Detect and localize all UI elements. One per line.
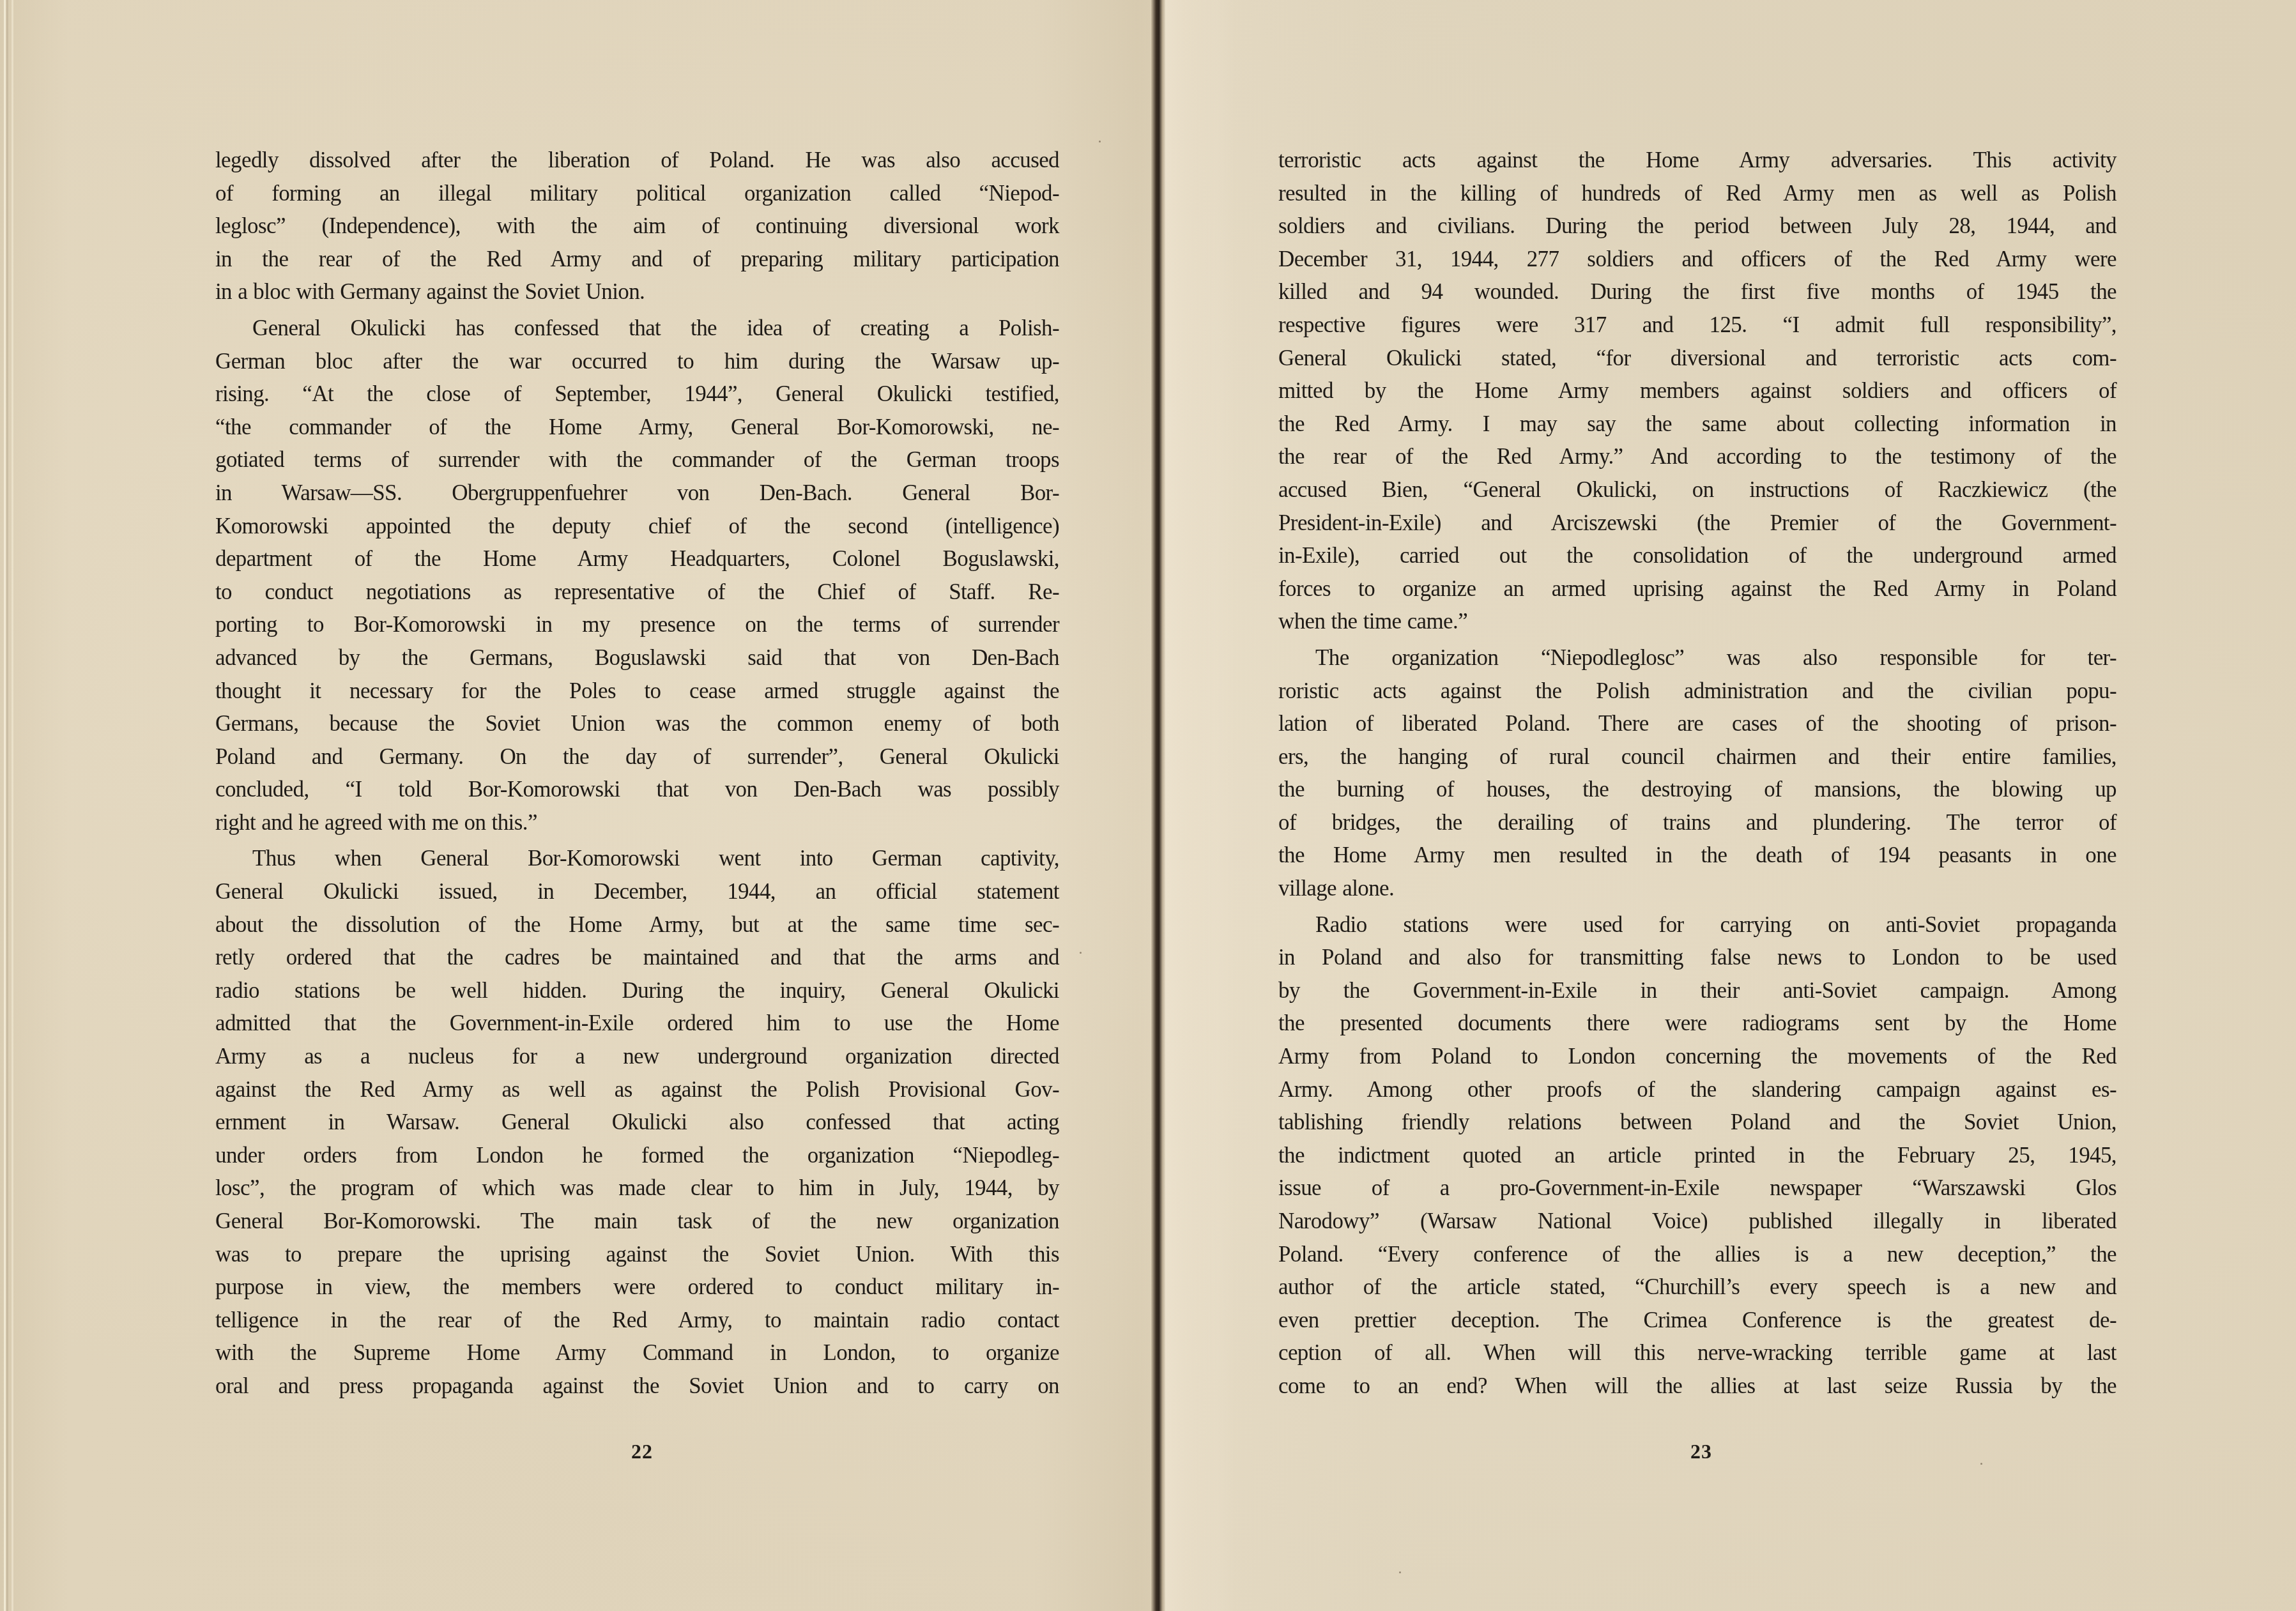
text-line: The organization “Niepodleglosc” was als…	[1278, 641, 2116, 675]
text-line: in the rear of the Red Army and of prepa…	[215, 243, 1059, 276]
text-line: was to prepare the uprising against the …	[215, 1238, 1059, 1271]
paper-speck	[1399, 1571, 1401, 1573]
text-line: when the time came.”	[1278, 605, 2116, 638]
text-line: tablishing friendly relations between Po…	[1278, 1106, 2116, 1139]
paragraph: The organization “Niepodleglosc” was als…	[1278, 641, 2116, 905]
text-line: terroristic acts against the Home Army a…	[1278, 144, 2116, 177]
text-line: German bloc after the war occurred to hi…	[215, 345, 1059, 378]
paragraph: Thus when General Bor-Komorowski went in…	[215, 842, 1059, 1402]
text-line: village alone.	[1278, 872, 2116, 905]
text-line: legedly dissolved after the liberation o…	[215, 144, 1059, 177]
text-line: by the Government-in-Exile in their anti…	[1278, 974, 2116, 1007]
text-line: Poland and Germany. On the day of surren…	[215, 740, 1059, 774]
book-spread: legedly dissolved after the liberation o…	[0, 0, 2296, 1611]
text-line: General Bor-Komorowski. The main task of…	[215, 1205, 1059, 1238]
text-line: Komorowski appointed the deputy chief of…	[215, 510, 1059, 543]
text-line: resulted in the killing of hundreds of R…	[1278, 177, 2116, 210]
text-line: with the Supreme Home Army Command in Lo…	[215, 1336, 1059, 1370]
text-line: Army as a nucleus for a new underground …	[215, 1040, 1059, 1073]
paragraph: legedly dissolved after the liberation o…	[215, 144, 1059, 309]
text-line: porting to Bor-Komorowski in my presence…	[215, 608, 1059, 641]
text-line: President-in-Exile) and Arciszewski (the…	[1278, 507, 2116, 540]
text-line: of bridges, the derailing of trains and …	[1278, 806, 2116, 839]
text-line: in-Exile), carried out the consolidation…	[1278, 539, 2116, 572]
right-page-text: terroristic acts against the Home Army a…	[1278, 144, 2116, 1406]
text-line: in a bloc with Germany against the Sovie…	[215, 275, 1059, 309]
text-line: concluded, “I told Bor-Komorowski that v…	[215, 773, 1059, 806]
text-line: the Red Army. I may say the same about c…	[1278, 408, 2116, 441]
text-line: Army. Among other proofs of the slanderi…	[1278, 1073, 2116, 1106]
paper-speck	[1099, 141, 1101, 142]
text-line: General Okulicki stated, “for diversiona…	[1278, 342, 2116, 375]
page-number: 22	[610, 1439, 674, 1464]
text-line: come to an end? When will the allies at …	[1278, 1370, 2116, 1403]
text-line: the presented documents there were radio…	[1278, 1007, 2116, 1040]
text-line: mitted by the Home Army members against …	[1278, 374, 2116, 408]
text-line: rising. “At the close of September, 1944…	[215, 378, 1059, 411]
page-number: 23	[1669, 1439, 1733, 1464]
text-line: ers, the hanging of rural council chairm…	[1278, 740, 2116, 774]
text-line: retly ordered that the cadres be maintai…	[215, 941, 1059, 974]
paper-speck	[1080, 952, 1082, 954]
text-line: killed and 94 wounded. During the first …	[1278, 275, 2116, 309]
text-line: under orders from London he formed the o…	[215, 1139, 1059, 1172]
text-line: December 31, 1944, 277 soldiers and offi…	[1278, 243, 2116, 276]
text-line: leglosc” (Independence), with the aim of…	[215, 210, 1059, 243]
text-line: respective figures were 317 and 125. “I …	[1278, 309, 2116, 342]
text-line: author of the article stated, “Churchill…	[1278, 1271, 2116, 1304]
paper-speck	[1980, 1463, 1982, 1465]
left-page: legedly dissolved after the liberation o…	[0, 0, 1151, 1611]
text-line: oral and press propaganda against the So…	[215, 1370, 1059, 1403]
left-page-text: legedly dissolved after the liberation o…	[215, 144, 1059, 1406]
text-line: department of the Home Army Headquarters…	[215, 542, 1059, 576]
text-line: purpose in view, the members were ordere…	[215, 1271, 1059, 1304]
text-line: accused Bien, “General Okulicki, on inst…	[1278, 473, 2116, 507]
text-line: gotiated terms of surrender with the com…	[215, 443, 1059, 477]
text-line: “the commander of the Home Army, General…	[215, 411, 1059, 444]
text-line: Radio stations were used for carrying on…	[1278, 908, 2116, 942]
text-line: right and he agreed with me on this.”	[215, 806, 1059, 839]
right-page: terroristic acts against the Home Army a…	[1165, 0, 2296, 1611]
text-line: issue of a pro-Government-in-Exile newsp…	[1278, 1172, 2116, 1205]
text-line: advanced by the Germans, Boguslawski sai…	[215, 641, 1059, 675]
text-line: even prettier deception. The Crimea Conf…	[1278, 1304, 2116, 1337]
text-line: the indictment quoted an article printed…	[1278, 1139, 2116, 1172]
text-line: Thus when General Bor-Komorowski went in…	[215, 842, 1059, 875]
text-line: ception of all. When will this nerve-wra…	[1278, 1336, 2116, 1370]
text-line: Poland. “Every conference of the allies …	[1278, 1238, 2116, 1271]
text-line: the Home Army men resulted in the death …	[1278, 839, 2116, 872]
text-line: forces to organize an armed uprising aga…	[1278, 572, 2116, 606]
text-line: General Okulicki has confessed that the …	[215, 312, 1059, 345]
text-line: soldiers and civilians. During the perio…	[1278, 210, 2116, 243]
text-line: against the Red Army as well as against …	[215, 1073, 1059, 1106]
text-line: lation of liberated Poland. There are ca…	[1278, 707, 2116, 740]
text-line: to conduct negotiations as representativ…	[215, 576, 1059, 609]
paragraph: terroristic acts against the Home Army a…	[1278, 144, 2116, 638]
text-line: of forming an illegal military political…	[215, 177, 1059, 210]
text-line: telligence in the rear of the Red Army, …	[215, 1304, 1059, 1337]
text-line: General Okulicki issued, in December, 19…	[215, 875, 1059, 908]
text-line: the rear of the Red Army.” And according…	[1278, 440, 2116, 473]
text-line: Army from Poland to London concerning th…	[1278, 1040, 2116, 1073]
text-line: thought it necessary for the Poles to ce…	[215, 675, 1059, 708]
text-line: in Poland and also for transmitting fals…	[1278, 941, 2116, 974]
text-line: admitted that the Government-in-Exile or…	[215, 1007, 1059, 1040]
text-line: roristic acts against the Polish adminis…	[1278, 675, 2116, 708]
text-line: about the dissolution of the Home Army, …	[215, 908, 1059, 942]
paragraph: General Okulicki has confessed that the …	[215, 312, 1059, 839]
text-line: losc”, the program of which was made cle…	[215, 1172, 1059, 1205]
paragraph: Radio stations were used for carrying on…	[1278, 908, 2116, 1403]
text-line: ernment in Warsaw. General Okulicki also…	[215, 1106, 1059, 1139]
text-line: in Warsaw—SS. Obergruppenfuehrer von Den…	[215, 477, 1059, 510]
text-line: the burning of houses, the destroying of…	[1278, 773, 2116, 806]
book-gutter	[1151, 0, 1165, 1611]
text-line: Narodowy” (Warsaw National Voice) publis…	[1278, 1205, 2116, 1238]
text-line: radio stations be well hidden. During th…	[215, 974, 1059, 1007]
text-line: Germans, because the Soviet Union was th…	[215, 707, 1059, 740]
